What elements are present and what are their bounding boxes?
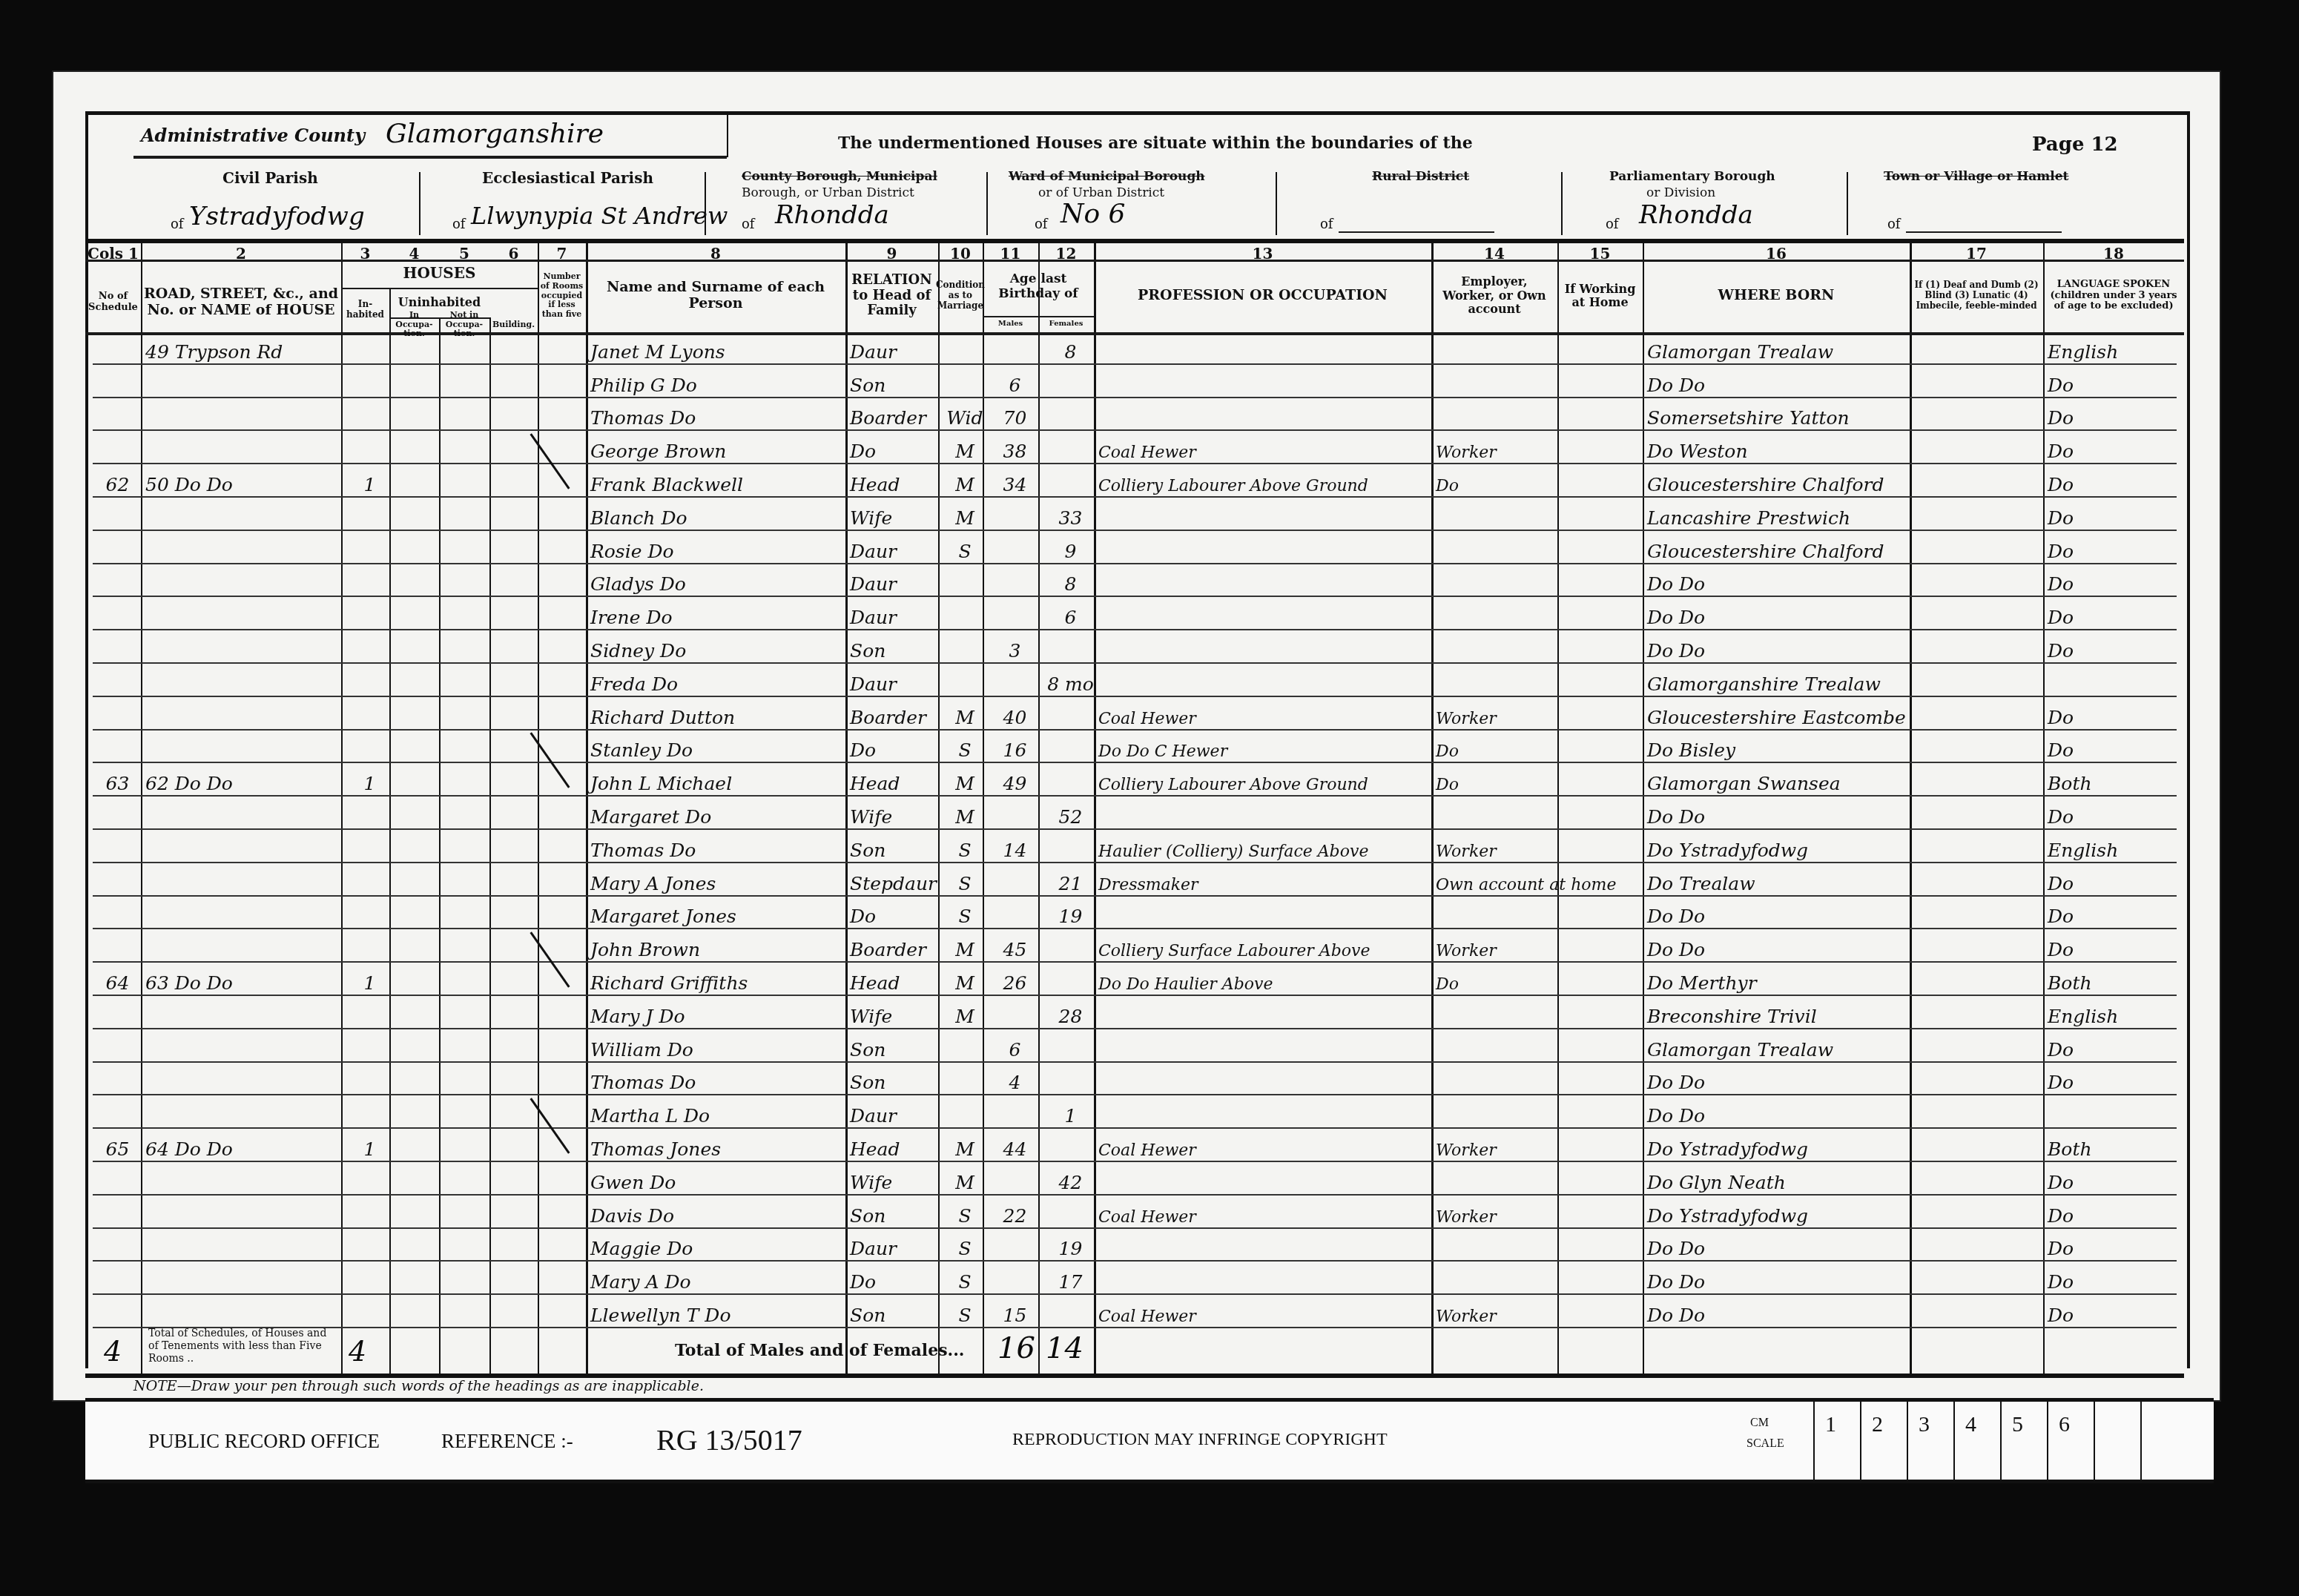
row-inh bbox=[346, 1196, 394, 1230]
row-rel: Head bbox=[850, 764, 943, 797]
row-inh bbox=[346, 565, 394, 598]
row-m: 49 bbox=[987, 764, 1043, 797]
row-born: Glamorganshire Trealaw bbox=[1647, 665, 1914, 698]
row-m bbox=[987, 598, 1043, 631]
scale-mark: 1 bbox=[1813, 1402, 1860, 1480]
column-heading: Number of Rooms occupied if less than fi… bbox=[540, 260, 584, 332]
row-name: John L Michael bbox=[590, 764, 850, 797]
row-m: 6 bbox=[987, 366, 1043, 399]
row-emp: Own account at home bbox=[1436, 864, 1562, 897]
row-cond bbox=[943, 1064, 987, 1097]
row-cond: S bbox=[943, 864, 987, 897]
row-m: 22 bbox=[987, 1196, 1043, 1230]
row-inf bbox=[1914, 565, 2048, 598]
row-emp bbox=[1436, 1163, 1562, 1196]
row-rel: Son bbox=[850, 1030, 943, 1064]
row-inh: 1 bbox=[346, 465, 394, 498]
row-road bbox=[145, 897, 346, 931]
row-m bbox=[987, 565, 1043, 598]
row-emp: Do bbox=[1436, 465, 1562, 498]
row-road: 49 Trypson Rd bbox=[145, 332, 346, 366]
row-road bbox=[145, 1196, 346, 1230]
row-sched bbox=[90, 565, 145, 598]
row-emp: Worker bbox=[1436, 432, 1562, 465]
row-inh: 1 bbox=[346, 963, 394, 997]
row-cond: M bbox=[943, 797, 987, 831]
row-sched bbox=[90, 532, 145, 565]
row-lang bbox=[2048, 665, 2188, 698]
row-born: Do Do bbox=[1647, 598, 1914, 631]
row-inf bbox=[1914, 864, 2048, 897]
row-f: 9 bbox=[1043, 532, 1098, 565]
row-inf bbox=[1914, 598, 2048, 631]
row-road: 64 Do Do bbox=[145, 1130, 346, 1163]
column-heading: Females bbox=[1040, 316, 1092, 332]
row-road bbox=[145, 1262, 346, 1296]
row-name: Irene Do bbox=[590, 598, 850, 631]
row-m bbox=[987, 532, 1043, 565]
row-cond bbox=[943, 332, 987, 366]
civil-parish-value: Ystradyfodwg bbox=[189, 202, 365, 231]
row-inf bbox=[1914, 631, 2048, 665]
row-name: Martha L Do bbox=[590, 1096, 850, 1130]
row-born: Do Do bbox=[1647, 797, 1914, 831]
row-inf bbox=[1914, 731, 2048, 765]
row-inf bbox=[1914, 897, 2048, 931]
row-inh bbox=[346, 1096, 394, 1130]
row-name: Thomas Do bbox=[590, 1064, 850, 1097]
row-name: Davis Do bbox=[590, 1196, 850, 1230]
row-emp bbox=[1436, 1064, 1562, 1097]
county-borough-value: Rhondda bbox=[775, 200, 889, 230]
row-name: Thomas Do bbox=[590, 399, 850, 432]
column-heading: LANGUAGE SPOKEN (children under 3 years … bbox=[2045, 260, 2182, 332]
row-cond: M bbox=[943, 465, 987, 498]
row-m bbox=[987, 665, 1043, 698]
row-rel: Do bbox=[850, 897, 943, 931]
parliamentary-label: Parliamentary Borough bbox=[1609, 169, 1775, 184]
rural-district-label: Rural District bbox=[1372, 169, 1469, 184]
column-heading: No of Schedule bbox=[88, 273, 139, 332]
row-emp bbox=[1436, 532, 1562, 565]
row-f: 6 bbox=[1043, 598, 1098, 631]
row-emp: Worker bbox=[1436, 1196, 1562, 1230]
row-f: 19 bbox=[1043, 897, 1098, 931]
total-houses: 4 bbox=[349, 1335, 366, 1368]
row-cond bbox=[943, 665, 987, 698]
row-m: 45 bbox=[987, 930, 1043, 963]
column-heading: RELATION to Head of Family bbox=[848, 260, 936, 332]
row-emp bbox=[1436, 1230, 1562, 1263]
row-sched: 63 bbox=[90, 764, 145, 797]
row-inf bbox=[1914, 1096, 2048, 1130]
row-lang: Do bbox=[2048, 897, 2188, 931]
row-born: Do Do bbox=[1647, 897, 1914, 931]
row-f: 17 bbox=[1043, 1262, 1098, 1296]
row-inf bbox=[1914, 1163, 2048, 1196]
row-cond: S bbox=[943, 731, 987, 765]
row-born: Do Do bbox=[1647, 1064, 1914, 1097]
row-inh bbox=[346, 532, 394, 565]
row-road bbox=[145, 598, 346, 631]
row-rel: Head bbox=[850, 465, 943, 498]
row-inh bbox=[346, 399, 394, 432]
row-name: Margaret Do bbox=[590, 797, 850, 831]
row-f bbox=[1043, 831, 1098, 864]
row-born: Do Glyn Neath bbox=[1647, 1163, 1914, 1196]
row-lang: Do bbox=[2048, 731, 2188, 765]
row-born: Do Ystradyfodwg bbox=[1647, 831, 1914, 864]
row-rel: Boarder bbox=[850, 930, 943, 963]
total-males-females-label: Total of Males and of Females... bbox=[675, 1341, 965, 1360]
row-f bbox=[1043, 1130, 1098, 1163]
row-rel: Wife bbox=[850, 1163, 943, 1196]
civil-parish-label: Civil Parish bbox=[222, 169, 318, 187]
row-name: William Do bbox=[590, 1030, 850, 1064]
row-inf bbox=[1914, 930, 2048, 963]
row-rel: Head bbox=[850, 963, 943, 997]
row-road bbox=[145, 731, 346, 765]
row-sched bbox=[90, 399, 145, 432]
row-rel: Son bbox=[850, 366, 943, 399]
row-lang: Do bbox=[2048, 631, 2188, 665]
row-rel: Wife bbox=[850, 498, 943, 532]
row-m: 44 bbox=[987, 1130, 1043, 1163]
row-road bbox=[145, 1096, 346, 1130]
row-name: Gladys Do bbox=[590, 565, 850, 598]
row-sched bbox=[90, 366, 145, 399]
row-emp bbox=[1436, 1262, 1562, 1296]
row-road: 62 Do Do bbox=[145, 764, 346, 797]
column-heading: WHERE BORN bbox=[1645, 260, 1907, 332]
row-lang: Do bbox=[2048, 399, 2188, 432]
row-f bbox=[1043, 399, 1098, 432]
row-sched bbox=[90, 1196, 145, 1230]
row-sched bbox=[90, 1064, 145, 1097]
row-sched bbox=[90, 997, 145, 1030]
row-name: Thomas Do bbox=[590, 831, 850, 864]
row-born: Do Weston bbox=[1647, 432, 1914, 465]
row-rel: Daur bbox=[850, 665, 943, 698]
row-m: 16 bbox=[987, 731, 1043, 765]
row-name: Llewellyn T Do bbox=[590, 1296, 850, 1329]
row-born: Gloucestershire Chalford bbox=[1647, 532, 1914, 565]
row-road bbox=[145, 631, 346, 665]
row-name: Mary A Do bbox=[590, 1262, 850, 1296]
total-schedules-label: Total of Schedules, of Houses and of Ten… bbox=[148, 1328, 334, 1365]
row-f: 1 bbox=[1043, 1096, 1098, 1130]
row-name: George Brown bbox=[590, 432, 850, 465]
row-f: 8 bbox=[1043, 565, 1098, 598]
footer-reference: RG 13/5017 bbox=[656, 1422, 802, 1457]
row-inf bbox=[1914, 1064, 2048, 1097]
row-born: Do Do bbox=[1647, 1262, 1914, 1296]
row-rel: Son bbox=[850, 1064, 943, 1097]
row-lang: English bbox=[2048, 831, 2188, 864]
row-f: 21 bbox=[1043, 864, 1098, 897]
row-lang: Do bbox=[2048, 1196, 2188, 1230]
row-m: 14 bbox=[987, 831, 1043, 864]
row-name: Frank Blackwell bbox=[590, 465, 850, 498]
row-emp bbox=[1436, 565, 1562, 598]
row-road bbox=[145, 1230, 346, 1263]
row-born: Gloucestershire Chalford bbox=[1647, 465, 1914, 498]
column-heading: If Working at Home bbox=[1560, 260, 1640, 332]
column-heading: Employer, Worker, or Own account bbox=[1434, 260, 1555, 332]
row-rel: Boarder bbox=[850, 698, 943, 731]
row-inh bbox=[346, 1296, 394, 1329]
row-born: Somersetshire Yatton bbox=[1647, 399, 1914, 432]
row-rel: Daur bbox=[850, 565, 943, 598]
row-f bbox=[1043, 1064, 1098, 1097]
row-m bbox=[987, 997, 1043, 1030]
row-sched bbox=[90, 1296, 145, 1329]
row-f: 19 bbox=[1043, 1230, 1098, 1263]
row-cond: M bbox=[943, 432, 987, 465]
row-m bbox=[987, 897, 1043, 931]
row-name: John Brown bbox=[590, 930, 850, 963]
row-m: 4 bbox=[987, 1064, 1043, 1097]
row-rel: Daur bbox=[850, 332, 943, 366]
row-road bbox=[145, 1163, 346, 1196]
row-emp: Do bbox=[1436, 764, 1562, 797]
row-emp: Worker bbox=[1436, 930, 1562, 963]
row-cond: M bbox=[943, 1163, 987, 1196]
row-f bbox=[1043, 1296, 1098, 1329]
admin-county-value: Glamorganshire bbox=[386, 119, 604, 149]
row-emp bbox=[1436, 498, 1562, 532]
row-road bbox=[145, 831, 346, 864]
row-name: Blanch Do bbox=[590, 498, 850, 532]
row-born: Do Do bbox=[1647, 631, 1914, 665]
row-inf bbox=[1914, 532, 2048, 565]
row-cond: S bbox=[943, 532, 987, 565]
row-sched: 62 bbox=[90, 465, 145, 498]
row-cond: Wid bbox=[943, 399, 987, 432]
row-m: 40 bbox=[987, 698, 1043, 731]
row-rel: Wife bbox=[850, 797, 943, 831]
row-lang: Do bbox=[2048, 1262, 2188, 1296]
row-road bbox=[145, 1296, 346, 1329]
row-inh bbox=[346, 498, 394, 532]
row-inh: 1 bbox=[346, 1130, 394, 1163]
row-born: Do Do bbox=[1647, 366, 1914, 399]
column-heading: PROFESSION OR OCCUPATION bbox=[1096, 260, 1429, 332]
row-m: 15 bbox=[987, 1296, 1043, 1329]
row-inh bbox=[346, 1262, 394, 1296]
row-born: Breconshire Trivil bbox=[1647, 997, 1914, 1030]
row-f bbox=[1043, 698, 1098, 731]
row-emp bbox=[1436, 665, 1562, 698]
county-borough-label: County Borough, Municipal bbox=[742, 169, 937, 184]
header-divider bbox=[85, 239, 2184, 243]
row-f bbox=[1043, 764, 1098, 797]
row-lang: Do bbox=[2048, 1064, 2188, 1097]
row-rel: Do bbox=[850, 731, 943, 765]
row-name: Thomas Jones bbox=[590, 1130, 850, 1163]
total-schedules: 4 bbox=[104, 1335, 122, 1368]
row-inf bbox=[1914, 797, 2048, 831]
row-emp: Do bbox=[1436, 731, 1562, 765]
row-rel: Do bbox=[850, 1262, 943, 1296]
row-rel: Head bbox=[850, 1130, 943, 1163]
footer-copyright: REPRODUCTION MAY INFRINGE COPYRIGHT bbox=[1012, 1430, 1388, 1450]
row-name: Richard Dutton bbox=[590, 698, 850, 731]
row-inf bbox=[1914, 698, 2048, 731]
row-emp bbox=[1436, 598, 1562, 631]
row-road bbox=[145, 399, 346, 432]
row-inf bbox=[1914, 997, 2048, 1030]
row-sched bbox=[90, 432, 145, 465]
row-inf bbox=[1914, 1130, 2048, 1163]
scale-mark: 2 bbox=[1860, 1402, 1907, 1480]
row-name: Freda Do bbox=[590, 665, 850, 698]
parliamentary-value: Rhondda bbox=[1639, 200, 1753, 230]
row-name: Margaret Jones bbox=[590, 897, 850, 931]
row-cond bbox=[943, 631, 987, 665]
row-inh bbox=[346, 698, 394, 731]
row-lang: Do bbox=[2048, 1296, 2188, 1329]
row-f bbox=[1043, 366, 1098, 399]
ecclesiastical-parish-value: Llwynypia St Andrew bbox=[471, 202, 728, 230]
row-emp: Worker bbox=[1436, 1130, 1562, 1163]
row-inh bbox=[346, 1064, 394, 1097]
column-number: 2 bbox=[141, 245, 341, 263]
row-rel: Stepdaur bbox=[850, 864, 943, 897]
row-inf bbox=[1914, 432, 2048, 465]
row-lang: Both bbox=[2048, 963, 2188, 997]
row-emp bbox=[1436, 797, 1562, 831]
row-sched bbox=[90, 631, 145, 665]
row-inf bbox=[1914, 399, 2048, 432]
row-inf bbox=[1914, 1296, 2048, 1329]
row-inf bbox=[1914, 1262, 2048, 1296]
row-born: Gloucestershire Eastcombe bbox=[1647, 698, 1914, 731]
row-road bbox=[145, 532, 346, 565]
column-heading: If (1) Deaf and Dumb (2) Blind (3) Lunat… bbox=[1912, 260, 2041, 332]
row-lang: Do bbox=[2048, 432, 2188, 465]
row-cond: M bbox=[943, 963, 987, 997]
row-emp bbox=[1436, 332, 1562, 366]
row-lang: Do bbox=[2048, 565, 2188, 598]
row-born: Glamorgan Trealaw bbox=[1647, 1030, 1914, 1064]
row-cond: M bbox=[943, 498, 987, 532]
row-born: Do Do bbox=[1647, 1230, 1914, 1263]
row-road bbox=[145, 864, 346, 897]
row-cond: M bbox=[943, 997, 987, 1030]
row-f bbox=[1043, 432, 1098, 465]
row-lang: Do bbox=[2048, 498, 2188, 532]
row-inh bbox=[346, 831, 394, 864]
row-name: Mary A Jones bbox=[590, 864, 850, 897]
row-m: 34 bbox=[987, 465, 1043, 498]
row-road bbox=[145, 1064, 346, 1097]
row-m bbox=[987, 332, 1043, 366]
row-sched: 65 bbox=[90, 1130, 145, 1163]
row-f bbox=[1043, 631, 1098, 665]
row-road bbox=[145, 366, 346, 399]
row-sched bbox=[90, 598, 145, 631]
row-sched bbox=[90, 864, 145, 897]
row-sched bbox=[90, 797, 145, 831]
row-sched bbox=[90, 498, 145, 532]
row-born: Glamorgan Trealaw bbox=[1647, 332, 1914, 366]
row-emp bbox=[1436, 631, 1562, 665]
ward-value: No 6 bbox=[1061, 199, 1126, 229]
row-lang: Do bbox=[2048, 930, 2188, 963]
row-lang: Do bbox=[2048, 532, 2188, 565]
row-emp bbox=[1436, 399, 1562, 432]
row-rel: Son bbox=[850, 1196, 943, 1230]
row-m bbox=[987, 864, 1043, 897]
row-cond bbox=[943, 1096, 987, 1130]
row-inf bbox=[1914, 1030, 2048, 1064]
row-sched bbox=[90, 1030, 145, 1064]
row-road bbox=[145, 432, 346, 465]
row-emp: Worker bbox=[1436, 831, 1562, 864]
row-inh bbox=[346, 1163, 394, 1196]
row-sched bbox=[90, 698, 145, 731]
admin-county-label: Administrative County bbox=[141, 125, 365, 146]
row-f: 52 bbox=[1043, 797, 1098, 831]
row-cond bbox=[943, 598, 987, 631]
row-sched bbox=[90, 731, 145, 765]
row-lang: Both bbox=[2048, 764, 2188, 797]
row-lang: Do bbox=[2048, 1030, 2188, 1064]
row-cond: S bbox=[943, 1230, 987, 1263]
row-f bbox=[1043, 731, 1098, 765]
row-sched bbox=[90, 897, 145, 931]
row-cond: S bbox=[943, 1296, 987, 1329]
row-lang: Do bbox=[2048, 1230, 2188, 1263]
row-road bbox=[145, 698, 346, 731]
row-inf bbox=[1914, 665, 2048, 698]
row-m: 38 bbox=[987, 432, 1043, 465]
row-lang: English bbox=[2048, 332, 2188, 366]
column-heading: Males bbox=[985, 316, 1036, 332]
row-road bbox=[145, 565, 346, 598]
row-inf bbox=[1914, 1230, 2048, 1263]
ward-label: Ward of Municipal Borough bbox=[1009, 169, 1205, 184]
row-rel: Daur bbox=[850, 532, 943, 565]
row-lang: English bbox=[2048, 997, 2188, 1030]
row-cond: S bbox=[943, 1196, 987, 1230]
total-males: 16 bbox=[997, 1331, 1035, 1365]
column-heading: In-habited bbox=[343, 288, 387, 332]
row-emp bbox=[1436, 1030, 1562, 1064]
row-born: Glamorgan Swansea bbox=[1647, 764, 1914, 797]
row-name: Gwen Do bbox=[590, 1163, 850, 1196]
row-m: 26 bbox=[987, 963, 1043, 997]
row-rel: Daur bbox=[850, 1096, 943, 1130]
row-road bbox=[145, 797, 346, 831]
ecclesiastical-parish-label: Ecclesiastical Parish bbox=[482, 169, 653, 187]
row-inh bbox=[346, 332, 394, 366]
row-emp: Worker bbox=[1436, 1296, 1562, 1329]
row-name: Stanley Do bbox=[590, 731, 850, 765]
row-born: Do Ystradyfodwg bbox=[1647, 1130, 1914, 1163]
row-born: Do Do bbox=[1647, 930, 1914, 963]
row-rel: Son bbox=[850, 831, 943, 864]
row-road bbox=[145, 665, 346, 698]
row-inh bbox=[346, 1230, 394, 1263]
note-text: NOTE—Draw your pen through such words of… bbox=[133, 1378, 704, 1394]
row-born: Do Bisley bbox=[1647, 731, 1914, 765]
row-f: 8 bbox=[1043, 332, 1098, 366]
row-sched bbox=[90, 1163, 145, 1196]
row-inf bbox=[1914, 1196, 2048, 1230]
row-born: Do Do bbox=[1647, 565, 1914, 598]
